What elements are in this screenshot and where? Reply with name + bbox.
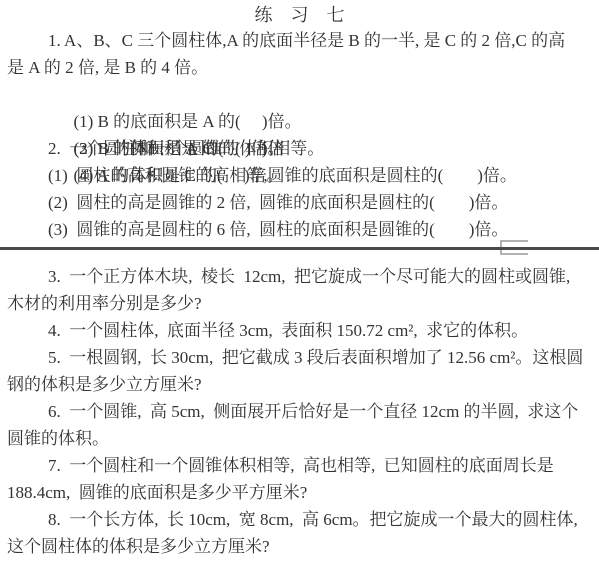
section-top: 1. A、B、C 三个圆柱体,A 的底面半径是 B 的一半, 是 C 的 2 倍…: [0, 27, 599, 243]
worksheet-page: 练 习 七 1. A、B、C 三个圆柱体,A 的底面半径是 B 的一半, 是 C…: [0, 0, 599, 564]
q7-line1: 7. 一个圆柱和一个圆锥体积相等, 高也相等, 已知圆柱的底面周长是: [0, 452, 599, 479]
page-title: 练 习 七: [0, 2, 599, 28]
q7-line2: 188.4cm, 圆锥的底面积是多少平方厘米?: [0, 479, 599, 506]
q2-line1: 2. 一个圆柱和一个圆锥的体积相等。: [0, 135, 599, 162]
q5-line1: 5. 一根圆钢, 长 30cm, 把它截成 3 段后表面积增加了 12.56 c…: [0, 344, 599, 371]
q1-line2: 是 A 的 2 倍, 是 B 的 4 倍。: [0, 54, 599, 81]
q2-sub2: (2) 圆柱的高是圆锥的 2 倍, 圆锥的底面积是圆柱的( )倍。: [0, 189, 599, 216]
q2-sub1: (1) 圆柱的高和圆锥的高相等,圆锥的底面积是圆柱的( )倍。: [0, 162, 599, 189]
q1-subrow-a: (1) B 的底面积是 A 的( )倍。 (2) B 的侧面积是 C 的( )倍: [0, 81, 599, 108]
q3-line2: 木材的利用率分别是多少?: [0, 290, 599, 317]
q3-line1: 3. 一个正方体木块, 棱长 12cm, 把它旋成一个尽可能大的圆柱或圆锥,: [0, 263, 599, 290]
q1-line1: 1. A、B、C 三个圆柱体,A 的底面半径是 B 的一半, 是 C 的 2 倍…: [0, 27, 599, 54]
q6-line1: 6. 一个圆锥, 高 5cm, 侧面展开后恰好是一个直径 12cm 的半圆, 求…: [0, 398, 599, 425]
q2-sub3: (3) 圆锥的高是圆柱的 6 倍, 圆柱的底面积是圆锥的( )倍。: [0, 216, 599, 243]
q8-line1: 8. 一个长方体, 长 10cm, 宽 8cm, 高 6cm。把它旋成一个最大的…: [0, 506, 599, 533]
q5-line2: 钢的体积是多少立方厘米?: [0, 371, 599, 398]
q4-line1: 4. 一个圆柱体, 底面半径 3cm, 表面积 150.72 cm², 求它的体…: [0, 317, 599, 344]
section-bottom: 3. 一个正方体木块, 棱长 12cm, 把它旋成一个尽可能大的圆柱或圆锥, 木…: [0, 263, 599, 560]
q8-line2: 这个圆柱体的体积是多少立方厘米?: [0, 533, 599, 560]
q6-line2: 圆锥的体积。: [0, 425, 599, 452]
section-divider: [0, 247, 599, 250]
q1-sub1: (1) B 的底面积是 A 的( )倍。: [74, 108, 309, 135]
